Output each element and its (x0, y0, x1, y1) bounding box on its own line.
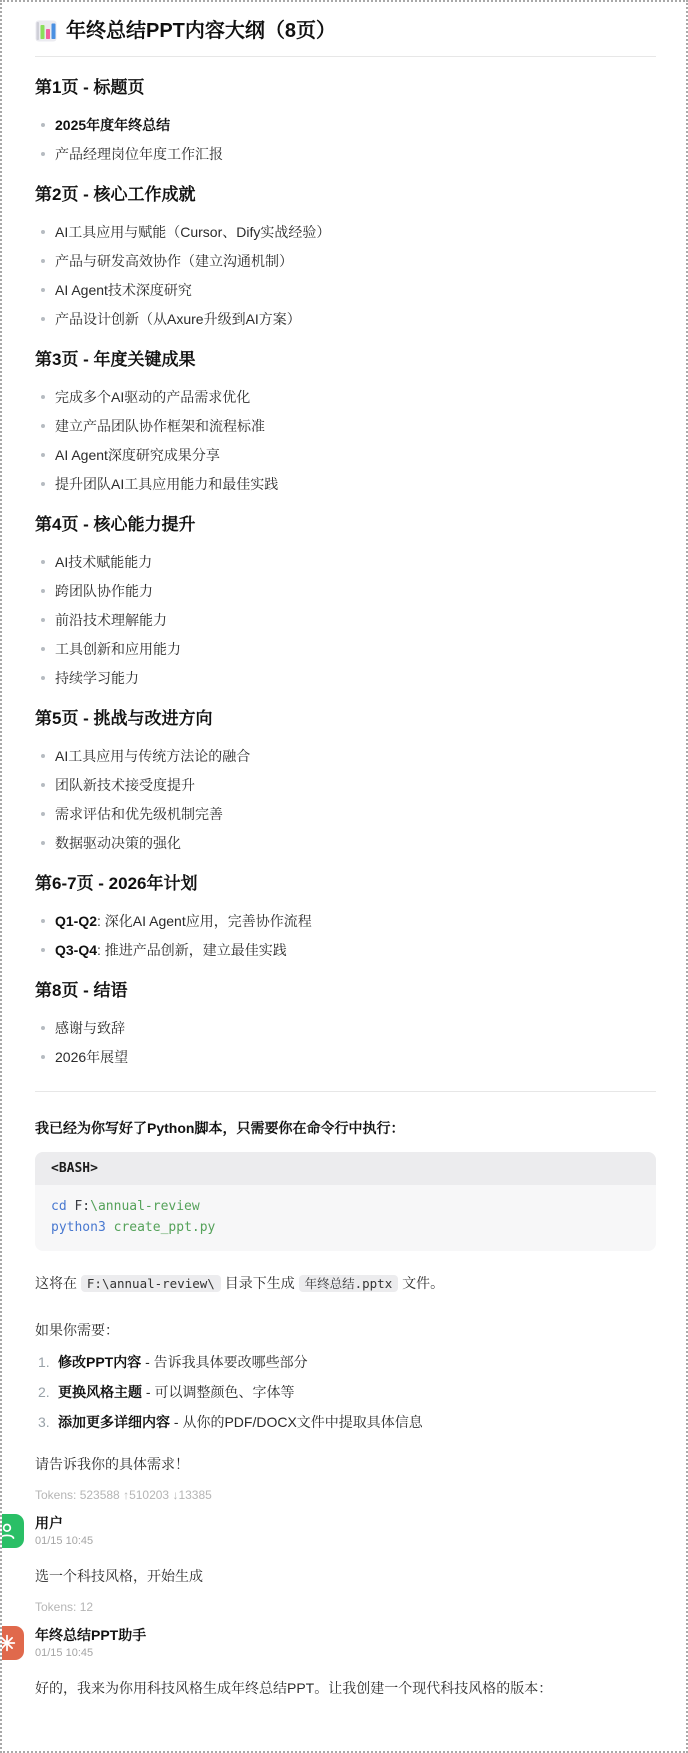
user-message-text: 选一个科技风格，开始生成 (35, 1566, 656, 1586)
outline-bullet-item: 产品经理岗位年度工作汇报 (35, 144, 656, 164)
assistant-name: 年终总结PPT助手 (35, 1627, 146, 1644)
outline-bullet-item: 持续学习能力 (35, 668, 656, 688)
outline-bullet-item: 需求评估和优先级机制完善 (35, 804, 656, 824)
code-content: cd F:\annual-reviewpython3 create_ppt.py (35, 1185, 656, 1251)
option-item: 更换风格主题 - 可以调整颜色、字体等 (35, 1382, 656, 1402)
outline-bullet-item: AI工具应用与传统方法论的融合 (35, 746, 656, 766)
bar-chart-icon (35, 20, 57, 42)
outline-bullet-item: 产品与研发高效协作（建立沟通机制） (35, 251, 656, 271)
code-line: cd F:\annual-review (51, 1196, 640, 1217)
outline-bullet-list: 感谢与致辞2026年展望 (35, 1018, 656, 1067)
option-item: 修改PPT内容 - 告诉我具体要改哪些部分 (35, 1352, 656, 1372)
user-message-header: 用户 01/15 10:45 (0, 1514, 656, 1548)
option-item: 添加更多详细内容 - 从你的PDF/DOCX文件中提取具体信息 (35, 1412, 656, 1432)
outline-bullet-item: 前沿技术理解能力 (35, 610, 656, 630)
outline-bullet-item: 2026年展望 (35, 1047, 656, 1067)
outline-section-heading: 第4页 - 核心能力提升 (35, 514, 656, 536)
outline-bullet-list: AI技术赋能能力跨团队协作能力前沿技术理解能力工具创新和应用能力持续学习能力 (35, 552, 656, 688)
user-timestamp: 01/15 10:45 (35, 1535, 93, 1548)
options-list: 修改PPT内容 - 告诉我具体要改哪些部分更换风格主题 - 可以调整颜色、字体等… (35, 1352, 656, 1432)
outline-bullet-item: 提升团队AI工具应用能力和最佳实践 (35, 474, 656, 494)
outline-bullet-item: 建立产品团队协作框架和流程标准 (35, 416, 656, 436)
outline-bullet-item: Q1-Q2: 深化AI Agent应用，完善协作流程 (35, 911, 656, 931)
assistant-message-text: 好的，我来为你用科技风格生成年终总结PPT。让我创建一个现代科技风格的版本： (35, 1678, 656, 1698)
user-avatar (0, 1514, 24, 1548)
assistant-message-header: 年终总结PPT助手 01/15 10:45 (0, 1626, 656, 1660)
user-message-meta: 用户 01/15 10:45 (35, 1515, 93, 1548)
outline-bullet-item: AI技术赋能能力 (35, 552, 656, 572)
outline-bullet-item: 工具创新和应用能力 (35, 639, 656, 659)
outline-section-heading: 第2页 - 核心工作成就 (35, 184, 656, 206)
assistant-avatar (0, 1626, 24, 1660)
outline-section-heading: 第8页 - 结语 (35, 980, 656, 1002)
inline-code: 年终总结.pptx (299, 1275, 399, 1292)
outline-bullet-list: Q1-Q2: 深化AI Agent应用，完善协作流程Q3-Q4: 推进产品创新，… (35, 911, 656, 960)
outline-bullet-item: 2025年度年终总结 (35, 115, 656, 135)
code-line: python3 create_ppt.py (51, 1217, 640, 1238)
outline-bullet-list: 完成多个AI驱动的产品需求优化建立产品团队协作框架和流程标准AI Agent深度… (35, 387, 656, 494)
assistant-tokens-stat: Tokens: 523588 ↑510203 ↓13385 (35, 1488, 656, 1502)
outline-bullet-item: 产品设计创新（从Axure升级到AI方案） (35, 309, 656, 329)
user-tokens-stat: Tokens: 12 (35, 1600, 656, 1614)
starburst-icon (0, 1633, 17, 1653)
outline-sections: 第1页 - 标题页2025年度年终总结产品经理岗位年度工作汇报第2页 - 核心工… (35, 77, 656, 1067)
if-need-line: 如果你需要： (35, 1320, 656, 1340)
outline-bullet-item: 完成多个AI驱动的产品需求优化 (35, 387, 656, 407)
outline-bullet-item: AI工具应用与赋能（Cursor、Dify实战经验） (35, 222, 656, 242)
outline-section-heading: 第6-7页 - 2026年计划 (35, 873, 656, 895)
chat-panel: 年终总结PPT内容大纲（8页） 第1页 - 标题页2025年度年终总结产品经理岗… (0, 0, 688, 1753)
outline-bullet-list: 2025年度年终总结产品经理岗位年度工作汇报 (35, 115, 656, 164)
outline-bullet-item: 感谢与致辞 (35, 1018, 656, 1038)
outline-section-heading: 第1页 - 标题页 (35, 77, 656, 99)
person-icon (0, 1521, 17, 1541)
outline-title: 年终总结PPT内容大纲（8页） (35, 18, 656, 44)
inline-code: F:\annual-review\ (81, 1275, 221, 1292)
user-name: 用户 (35, 1515, 93, 1532)
code-language-label: <BASH> (35, 1152, 656, 1185)
assistant-message-meta: 年终总结PPT助手 01/15 10:45 (35, 1627, 146, 1660)
assistant-timestamp: 01/15 10:45 (35, 1647, 146, 1660)
outline-title-text: 年终总结PPT内容大纲（8页） (66, 18, 336, 44)
outline-bullet-item: Q3-Q4: 推进产品创新，建立最佳实践 (35, 940, 656, 960)
outline-section-heading: 第5页 - 挑战与改进方向 (35, 708, 656, 730)
outline-bullet-list: AI工具应用与赋能（Cursor、Dify实战经验）产品与研发高效协作（建立沟通… (35, 222, 656, 329)
outline-bullet-list: AI工具应用与传统方法论的融合团队新技术接受度提升需求评估和优先级机制完善数据驱… (35, 746, 656, 853)
result-path-line: 这将在 F:\annual-review\ 目录下生成 年终总结.pptx 文件… (35, 1273, 656, 1294)
closing-line: 请告诉我你的具体需求！ (35, 1454, 656, 1474)
outline-bullet-item: AI Agent技术深度研究 (35, 280, 656, 300)
outline-bullet-item: 跨团队协作能力 (35, 581, 656, 601)
script-intro: 我已经为你写好了Python脚本，只需要你在命令行中执行： (35, 1118, 656, 1138)
outline-section-heading: 第3页 - 年度关键成果 (35, 349, 656, 371)
outline-bullet-item: 团队新技术接受度提升 (35, 775, 656, 795)
code-block: <BASH> cd F:\annual-reviewpython3 create… (35, 1152, 656, 1251)
title-divider (35, 56, 656, 57)
section-divider (35, 1091, 656, 1092)
outline-bullet-item: AI Agent深度研究成果分享 (35, 445, 656, 465)
outline-bullet-item: 数据驱动决策的强化 (35, 833, 656, 853)
